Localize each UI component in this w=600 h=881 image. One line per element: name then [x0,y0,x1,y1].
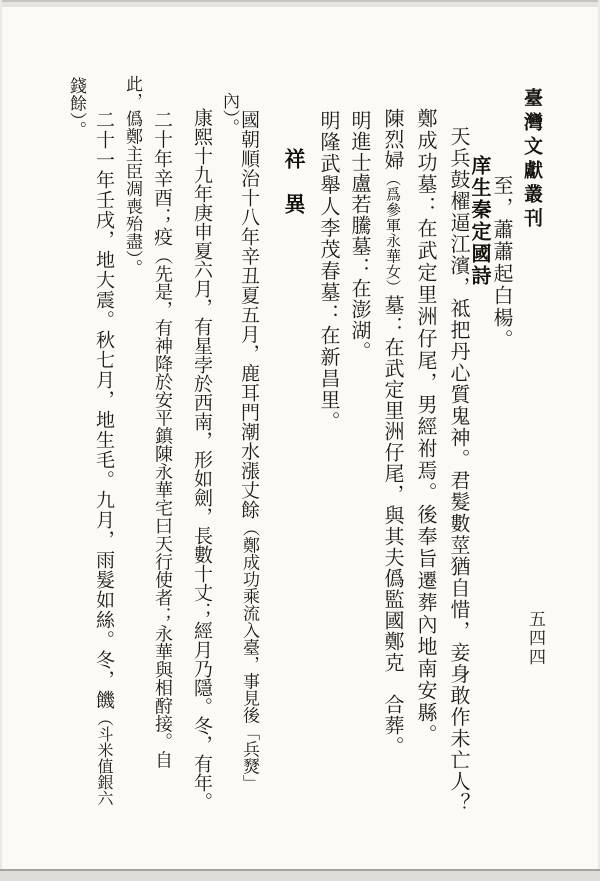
entry-tomb-li-maochun: 明隆武舉人李茂春墓：在新昌里。 [315,110,344,433]
kangxi-20-note-continuation: 此，僞鄭主臣凋喪殆盡）。 [120,75,145,277]
entry-shunzhi-18: 國朝順治十八年辛丑夏五月，鹿耳門潮水漲丈餘（鄭成功乘流入臺，事見後「兵燹」 [236,110,263,792]
scan-bottom-edge [0,871,600,881]
shunzhi-18-note-continuation: 內）。 [217,92,242,136]
entry-kangxi-20: 二十年辛酉；疫（先是，有神降於安平鎮陳永華宅曰天行使者；永華與相酧接。自 [149,110,176,769]
entry-kangxi-21: 二十一年壬戌，地大震。秋七月，地生毛。九月，雨髮如絲。冬，饑（斗米值銀六 [91,110,118,806]
kangxi-20-note: （先是，有神降於安平鎮陳永華宅曰天行使者；永華與相酧接。自 [152,247,173,769]
page-number: 五四四 [523,610,548,667]
shunzhi-18-main: 國朝順治十八年辛丑夏五月，鹿耳門潮水漲丈餘 [238,110,260,520]
poem-text: 天兵鼓櫂逼江濱，祗把丹心質鬼神。君髮數莖猶自惜，妾身敢作未亡人？ [445,126,474,814]
series-title: 臺灣文獻叢刊 [519,88,546,232]
entry-tomb-lu-ruoteng: 明進士盧若騰墓：在澎湖。 [346,110,375,362]
tomb-chen-liefu-name: 陳烈婦 [381,108,405,171]
section-heading-xiangyi: 祥異 [279,148,309,238]
kangxi-21-main: 二十一年壬戌，地大震。秋七月，地生毛。九月，雨髮如絲。冬，饑 [93,110,115,710]
entry-tomb-zheng-chenggong: 鄭成功墓：在武定里洲仔尾，男經祔焉。後奉旨遷葬內地南安縣。 [412,108,441,746]
tomb-chen-liefu-note: （爲參軍永華女） [384,171,402,295]
kangxi-21-note: （斗米值銀六 [95,710,114,806]
kangxi-21-note-continuation: 錢餘）。 [64,77,89,139]
book-page-scan: 臺灣文獻叢刊 五四四 至，蕭蕭起白楊。 庠生秦定國詩 天兵鼓櫂逼江濱，祗把丹心質… [0,0,600,881]
scan-top-edge [0,2,600,7]
scan-left-edge [0,0,2,881]
kangxi-20-main: 二十年辛酉；疫 [151,110,173,247]
shunzhi-18-note: （鄭成功乘流入臺，事見後「兵燹」 [239,520,259,792]
tomb-chen-liefu-rest: 墓：在武定里洲仔尾，與其夫僞監國鄭克𡒉合葬。 [381,295,405,757]
entry-kangxi-19: 康熙十九年庚申夏六月，有星孛於西南，形如劍，長數十丈；經月乃隱。冬，有年。 [189,108,216,811]
entry-tomb-chen-liefu: 陳烈婦（爲參軍永華女）墓：在武定里洲仔尾，與其夫僞監國鄭克𡒉合葬。 [379,108,408,757]
